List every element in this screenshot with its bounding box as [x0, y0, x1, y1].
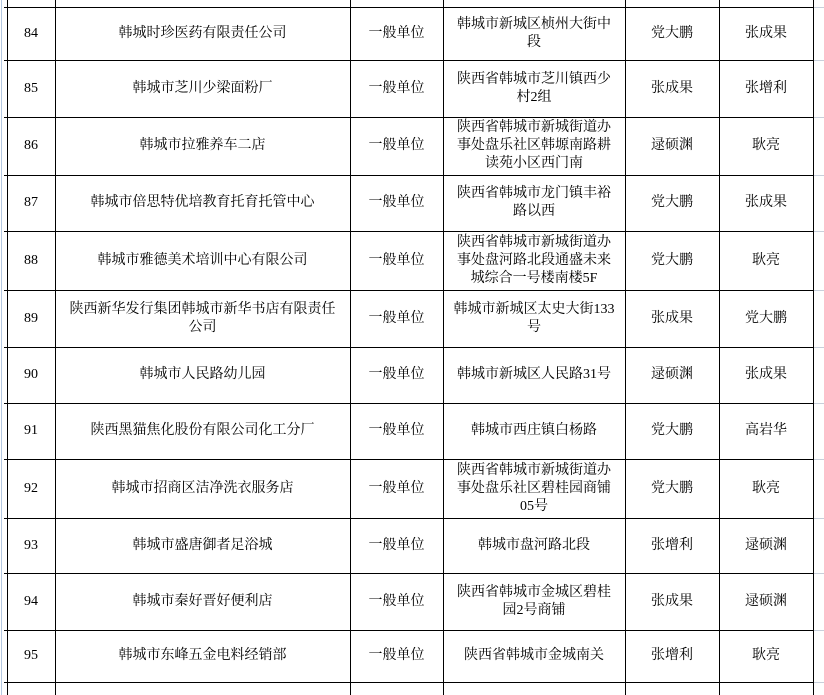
cell-unit-type[interactable]: 一般单位 — [350, 347, 443, 403]
cell-person-1[interactable]: 张成果 — [625, 573, 719, 630]
cell-person-1[interactable]: 张增利 — [625, 518, 719, 573]
gridline-ext-right — [814, 60, 824, 61]
table-row: 88 韩城市雅德美术培训中心有限公司 一般单位 陕西省韩城市新城街道办事处盘河路… — [7, 231, 813, 290]
cell-address[interactable]: 韩城市新城区桢州大街中段 — [443, 7, 625, 60]
cell-unit-type[interactable]: 一般单位 — [350, 290, 443, 347]
cell-company-name[interactable]: 韩城时珍医药有限责任公司 — [55, 7, 350, 60]
cell-company-name[interactable]: 韩城市招商区洁净洗衣服务店 — [55, 459, 350, 518]
cell-address[interactable]: 陕西省韩城市新城街道办事处盘乐社区碧桂园商铺05号 — [443, 459, 625, 518]
spreadsheet-view: 84 韩城时珍医药有限责任公司 一般单位 韩城市新城区桢州大街中段 党大鹏 张成… — [0, 0, 824, 695]
gridline-ext-right — [814, 518, 824, 519]
cell-row-number[interactable]: 84 — [7, 7, 55, 60]
gridline-ext-right — [814, 290, 824, 291]
cell-person-1[interactable]: 党大鹏 — [625, 7, 719, 60]
cell-row-number[interactable]: 92 — [7, 459, 55, 518]
cell-unit-type[interactable]: 一般单位 — [350, 231, 443, 290]
cell-person-2[interactable]: 耿亮 — [719, 459, 813, 518]
cell-person-2[interactable]: 逯硕渊 — [719, 573, 813, 630]
table-row: 93 韩城市盛唐御者足浴城 一般单位 韩城市盘河路北段 张增利 逯硕渊 — [7, 518, 813, 573]
cell-person-1[interactable]: 党大鹏 — [625, 231, 719, 290]
cell-person-2[interactable]: 耿亮 — [719, 630, 813, 682]
cell-unit-type[interactable]: 一般单位 — [350, 403, 443, 459]
cell-company-name[interactable]: 韩城市芝川少梁面粉厂 — [55, 60, 350, 117]
cell-row-number[interactable]: 88 — [7, 231, 55, 290]
cell-person-2[interactable]: 高岩华 — [719, 403, 813, 459]
cell-person-1[interactable]: 党大鹏 — [625, 175, 719, 231]
cell-company-name[interactable]: 韩城市盛唐御者足浴城 — [55, 518, 350, 573]
cell-address[interactable]: 陕西省韩城市龙门镇丰裕路以西 — [443, 175, 625, 231]
cell-address[interactable]: 韩城市西庄镇白杨路 — [443, 403, 625, 459]
cell-row-number[interactable]: 87 — [7, 175, 55, 231]
gridline-ext-right — [814, 175, 824, 176]
gridline-ext-right — [814, 347, 824, 348]
cell-person-1[interactable]: 逯硕渊 — [625, 347, 719, 403]
table-row: 89 陕西新华发行集团韩城市新华书店有限责任公司 一般单位 韩城市新城区太史大街… — [7, 290, 813, 347]
gridline-ext-right — [814, 117, 824, 118]
cell-unit-type[interactable]: 一般单位 — [350, 573, 443, 630]
cell-address[interactable]: 韩城市盘河路北段 — [443, 518, 625, 573]
cell-person-1[interactable]: 党大鹏 — [625, 403, 719, 459]
cell-company-name[interactable]: 韩城市秦好晋好便利店 — [55, 573, 350, 630]
table-row: 85 韩城市芝川少梁面粉厂 一般单位 陕西省韩城市芝川镇西少村2组 张成果 张增… — [7, 60, 813, 117]
cell-person-1[interactable]: 张成果 — [625, 290, 719, 347]
gridline-ext-right — [814, 573, 824, 574]
cell-person-2[interactable]: 张增利 — [719, 60, 813, 117]
cell-company-name[interactable]: 韩城市倍思特优培教育托育托管中心 — [55, 175, 350, 231]
cell-unit-type[interactable]: 一般单位 — [350, 459, 443, 518]
cell-person-2[interactable]: 耿亮 — [719, 117, 813, 175]
cell-company-name[interactable]: 陕西新华发行集团韩城市新华书店有限责任公司 — [55, 290, 350, 347]
gridline-ext-right — [814, 403, 824, 404]
cell-unit-type[interactable]: 一般单位 — [350, 7, 443, 60]
cell-person-2[interactable]: 张成果 — [719, 347, 813, 403]
cell-unit-type[interactable]: 一般单位 — [350, 518, 443, 573]
cell-row-number[interactable]: 90 — [7, 347, 55, 403]
pane-edge-line — [1, 0, 2, 695]
cell-person-2[interactable]: 张成果 — [719, 7, 813, 60]
cell-row-number[interactable]: 95 — [7, 630, 55, 682]
cell-person-1[interactable]: 张成果 — [625, 60, 719, 117]
gridline-ext-right — [814, 682, 824, 683]
table-row: 91 陕西黑猫焦化股份有限公司化工分厂 一般单位 韩城市西庄镇白杨路 党大鹏 高… — [7, 403, 813, 459]
cell-address[interactable]: 陕西省韩城市芝川镇西少村2组 — [443, 60, 625, 117]
cell-unit-type[interactable]: 一般单位 — [350, 60, 443, 117]
table-row: 86 韩城市拉雅养车二店 一般单位 陕西省韩城市新城街道办事处盘乐社区韩塬南路耕… — [7, 117, 813, 175]
grid-hline — [4, 682, 814, 683]
cell-company-name[interactable]: 韩城市东峰五金电料经销部 — [55, 630, 350, 682]
cell-row-number[interactable]: 85 — [7, 60, 55, 117]
cell-person-1[interactable]: 党大鹏 — [625, 459, 719, 518]
cell-unit-type[interactable]: 一般单位 — [350, 117, 443, 175]
table-row: 94 韩城市秦好晋好便利店 一般单位 陕西省韩城市金城区碧桂园2号商铺 张成果 … — [7, 573, 813, 630]
cell-row-number[interactable]: 93 — [7, 518, 55, 573]
cell-row-number[interactable]: 91 — [7, 403, 55, 459]
cell-person-2[interactable]: 逯硕渊 — [719, 518, 813, 573]
cell-company-name[interactable]: 韩城市雅德美术培训中心有限公司 — [55, 231, 350, 290]
gridline-ext-right — [814, 630, 824, 631]
table-row: 95 韩城市东峰五金电料经销部 一般单位 陕西省韩城市金城南关 张增利 耿亮 — [7, 630, 813, 682]
table-row: 84 韩城时珍医药有限责任公司 一般单位 韩城市新城区桢州大街中段 党大鹏 张成… — [7, 7, 813, 60]
cell-address[interactable]: 韩城市新城区人民路31号 — [443, 347, 625, 403]
cell-company-name[interactable]: 韩城市拉雅养车二店 — [55, 117, 350, 175]
cell-address[interactable]: 韩城市新城区太史大街133号 — [443, 290, 625, 347]
cell-person-1[interactable]: 张增利 — [625, 630, 719, 682]
cell-company-name[interactable]: 韩城市人民路幼儿园 — [55, 347, 350, 403]
cell-address[interactable]: 陕西省韩城市新城街道办事处盘乐社区韩塬南路耕读苑小区西门南 — [443, 117, 625, 175]
cell-address[interactable]: 陕西省韩城市金城南关 — [443, 630, 625, 682]
cell-row-number[interactable]: 89 — [7, 290, 55, 347]
table-row: 90 韩城市人民路幼儿园 一般单位 韩城市新城区人民路31号 逯硕渊 张成果 — [7, 347, 813, 403]
gridline-ext-right — [814, 7, 824, 8]
table-row: 87 韩城市倍思特优培教育托育托管中心 一般单位 陕西省韩城市龙门镇丰裕路以西 … — [7, 175, 813, 231]
gridline-ext-right — [814, 231, 824, 232]
cell-company-name[interactable]: 陕西黑猫焦化股份有限公司化工分厂 — [55, 403, 350, 459]
cell-row-number[interactable]: 86 — [7, 117, 55, 175]
cell-person-1[interactable]: 逯硕渊 — [625, 117, 719, 175]
cell-row-number[interactable]: 94 — [7, 573, 55, 630]
cell-address[interactable]: 陕西省韩城市新城街道办事处盘河路北段通盛未来城综合一号楼南楼5F — [443, 231, 625, 290]
table-row: 92 韩城市招商区洁净洗衣服务店 一般单位 陕西省韩城市新城街道办事处盘乐社区碧… — [7, 459, 813, 518]
cell-address[interactable]: 陕西省韩城市金城区碧桂园2号商铺 — [443, 573, 625, 630]
cell-unit-type[interactable]: 一般单位 — [350, 175, 443, 231]
grid-vline — [813, 0, 814, 695]
spreadsheet-table: 84 韩城时珍医药有限责任公司 一般单位 韩城市新城区桢州大街中段 党大鹏 张成… — [7, 7, 813, 682]
gridline-ext-right — [814, 459, 824, 460]
cell-unit-type[interactable]: 一般单位 — [350, 630, 443, 682]
cell-person-2[interactable]: 党大鹏 — [719, 290, 813, 347]
cell-person-2[interactable]: 张成果 — [719, 175, 813, 231]
cell-person-2[interactable]: 耿亮 — [719, 231, 813, 290]
